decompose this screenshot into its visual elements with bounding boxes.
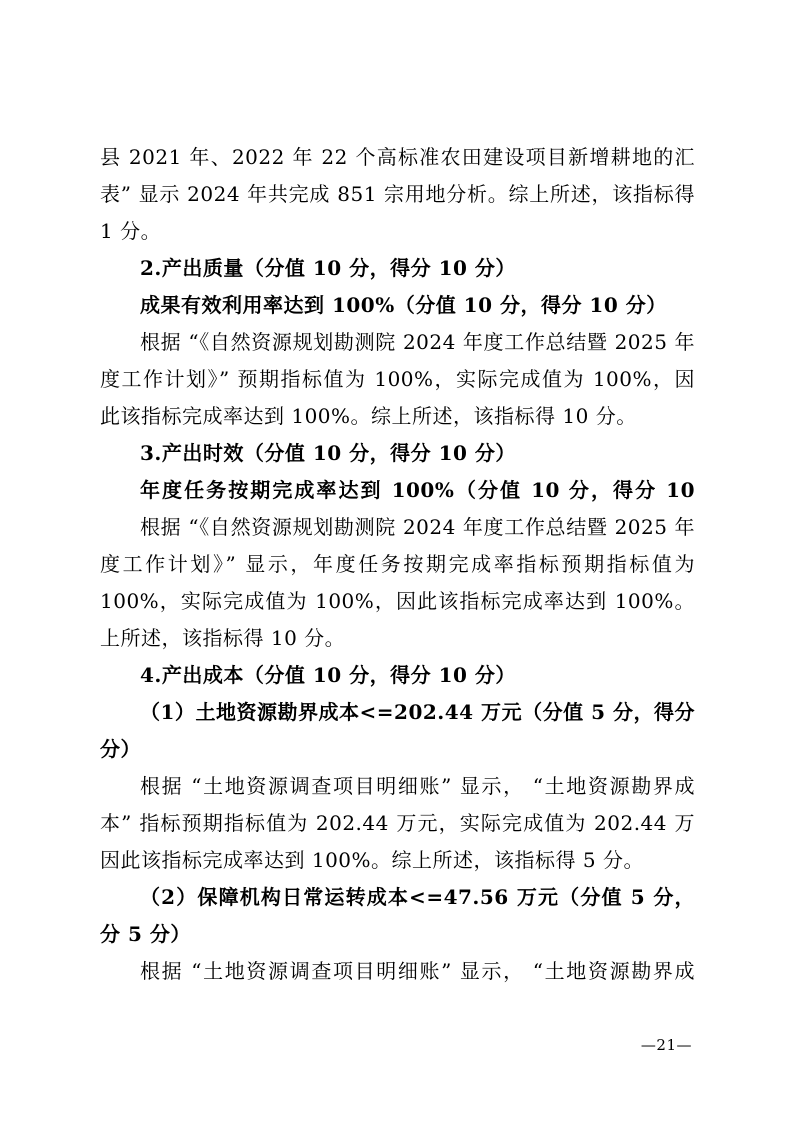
body-line: 度工作计划》” 显示，年度任务按期完成率指标预期指标值为 (100, 546, 695, 583)
heading-operating-cost: （2）保障机构日常运转成本<=47.56 万元（分值 5 分，得 (100, 879, 695, 916)
heading-output-cost: 4.产出成本（分值 10 分，得分 10 分） (100, 657, 695, 694)
heading-annual-completion: 年度任务按期完成率达到 100%（分值 10 分，得分 10 分） (100, 472, 695, 509)
heading-land-survey-cost: （1）土地资源勘界成本<=202.44 万元（分值 5 分，得分 5 (100, 694, 695, 731)
document-body: 县 2021 年、2022 年 22 个高标准农田建设项目新增耕地的汇总 表” … (100, 139, 695, 990)
body-line: 本” 指标预期指标值为 202.44 万元，实际完成值为 202.44 万元， (100, 805, 695, 842)
body-line: 此该指标完成率达到 100%。综上所述，该指标得 10 分。 (100, 398, 695, 435)
heading-operating-cost-cont: 分 5 分） (100, 916, 695, 953)
body-line: 表” 显示 2024 年共完成 851 宗用地分析。综上所述，该指标得 (100, 176, 695, 213)
body-line: 县 2021 年、2022 年 22 个高标准农田建设项目新增耕地的汇总 (100, 139, 695, 176)
document-page: 县 2021 年、2022 年 22 个高标准农田建设项目新增耕地的汇总 表” … (0, 0, 793, 1122)
body-line: 根据 “《自然资源规划勘测院 2024 年度工作总结暨 2025 年 (100, 324, 695, 361)
body-line: 100%，实际完成值为 100%，因此该指标完成率达到 100%。综 (100, 583, 695, 620)
body-line: 1 分。 (100, 213, 695, 250)
body-line: 根据 “土地资源调查项目明细账” 显示， “土地资源勘界成 (100, 953, 695, 990)
page-number: —21— (641, 1036, 692, 1054)
heading-utilization-rate: 成果有效利用率达到 100%（分值 10 分，得分 10 分） (100, 287, 695, 324)
heading-output-quality: 2.产出质量（分值 10 分，得分 10 分） (100, 250, 695, 287)
body-line: 根据 “《自然资源规划勘测院 2024 年度工作总结暨 2025 年 (100, 509, 695, 546)
body-line: 因此该指标完成率达到 100%。综上所述，该指标得 5 分。 (100, 842, 695, 879)
body-line: 度工作计划》” 预期指标值为 100%，实际完成值为 100%，因 (100, 361, 695, 398)
heading-output-timeliness: 3.产出时效（分值 10 分，得分 10 分） (100, 435, 695, 472)
body-line: 上所述，该指标得 10 分。 (100, 620, 695, 657)
heading-land-survey-cost-cont: 分） (100, 731, 695, 768)
body-line: 根据 “土地资源调查项目明细账” 显示， “土地资源勘界成 (100, 768, 695, 805)
